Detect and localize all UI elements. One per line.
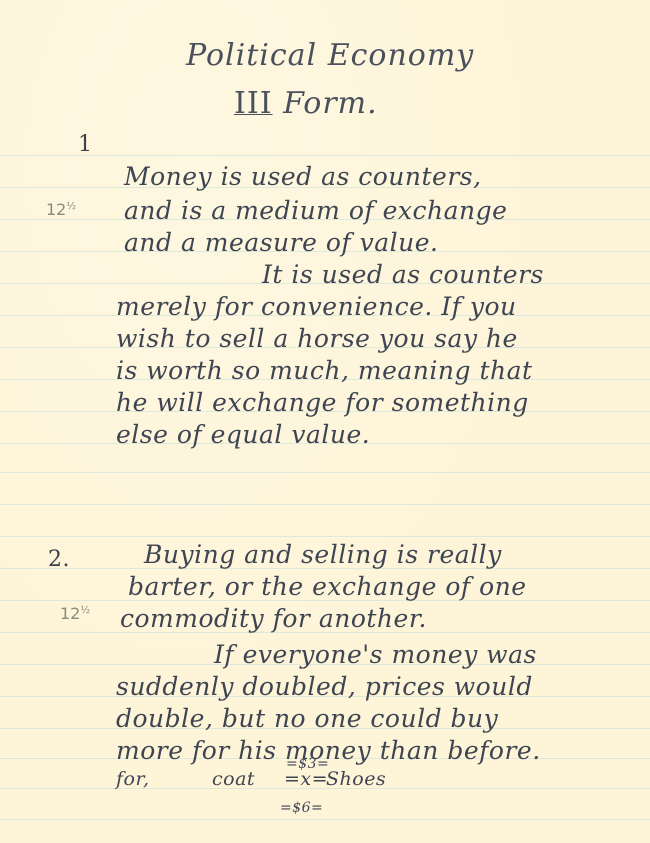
question-1-grade: 12½ <box>46 200 76 219</box>
answer-2-line: barter, or the exchange of one <box>128 572 527 601</box>
question-1-number: 1 <box>78 132 93 157</box>
grade-whole: 12 <box>46 200 66 219</box>
grade-whole: 12 <box>60 604 80 623</box>
answer-2-line: If everyone's money was <box>214 640 537 669</box>
answer-2-line: commodity for another. <box>120 604 427 633</box>
question-2-number: 2. <box>48 547 70 572</box>
example-item-coat: coat <box>212 768 255 790</box>
example-prefix: for, <box>116 768 150 790</box>
answer-1-line: wish to sell a horse you say he <box>116 324 518 353</box>
answer-2-line: suddenly doubled, prices would <box>116 672 533 701</box>
answer-1-line: merely for convenience. If you <box>116 292 517 321</box>
answer-1-line: and a measure of value. <box>124 228 438 257</box>
answer-1-line: he will exchange for something <box>116 388 529 417</box>
example-variable: =x= <box>284 768 328 790</box>
answer-1-line: else of equal value. <box>116 420 370 449</box>
grade-fraction: ½ <box>80 605 90 616</box>
page-title: Political Economy <box>186 38 474 73</box>
answer-1-line: is worth so much, meaning that <box>116 356 533 385</box>
page-subtitle: III Form. <box>234 86 378 121</box>
answer-1-line: Money is used as counters, <box>124 162 482 191</box>
example-price-bottom: =$6= <box>280 800 323 816</box>
example-item-shoes: Shoes <box>326 768 386 790</box>
grade-fraction: ½ <box>66 201 76 212</box>
answer-2-line: Buying and selling is really <box>144 540 502 569</box>
question-2-grade: 12½ <box>60 604 90 623</box>
form-word: Form. <box>283 86 378 121</box>
answer-2-line: double, but no one could buy <box>116 704 498 733</box>
answer-1-line: and is a medium of exchange <box>124 196 507 225</box>
form-numeral: III <box>234 86 273 121</box>
notebook-page: Political Economy III Form. 1 12½ Money … <box>0 0 650 843</box>
answer-1-line: It is used as counters <box>262 260 544 289</box>
